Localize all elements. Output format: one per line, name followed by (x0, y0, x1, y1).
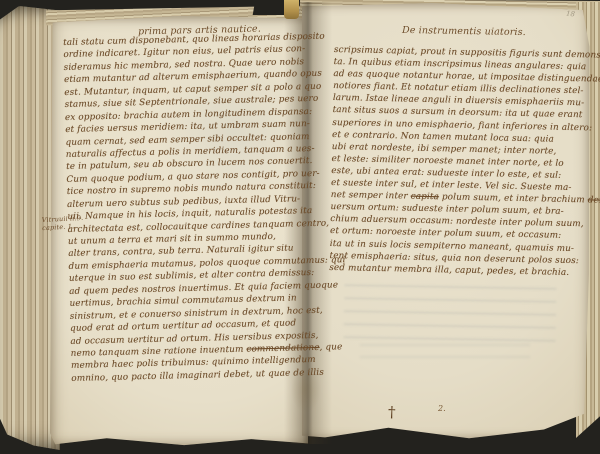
folio-number: 18 (566, 10, 576, 19)
manuscript-photo: prima pars artis nautice. tali statu cum… (0, 0, 600, 454)
left-page-text-block: tali statu cum disponebant, quo lineas h… (63, 31, 311, 385)
quire-signature-number: 2. (438, 404, 446, 413)
right-running-header: De instrumentis uiatoris. (402, 25, 526, 38)
quire-signature-cross: † (388, 403, 396, 421)
headband (284, 0, 299, 19)
left-margin-note: Vitruuii li.9.capite. 1. (42, 215, 84, 232)
right-page-text-block: scripsimus capiat, prout in suppositis f… (329, 44, 566, 279)
gutter-top-notch (253, 0, 288, 15)
